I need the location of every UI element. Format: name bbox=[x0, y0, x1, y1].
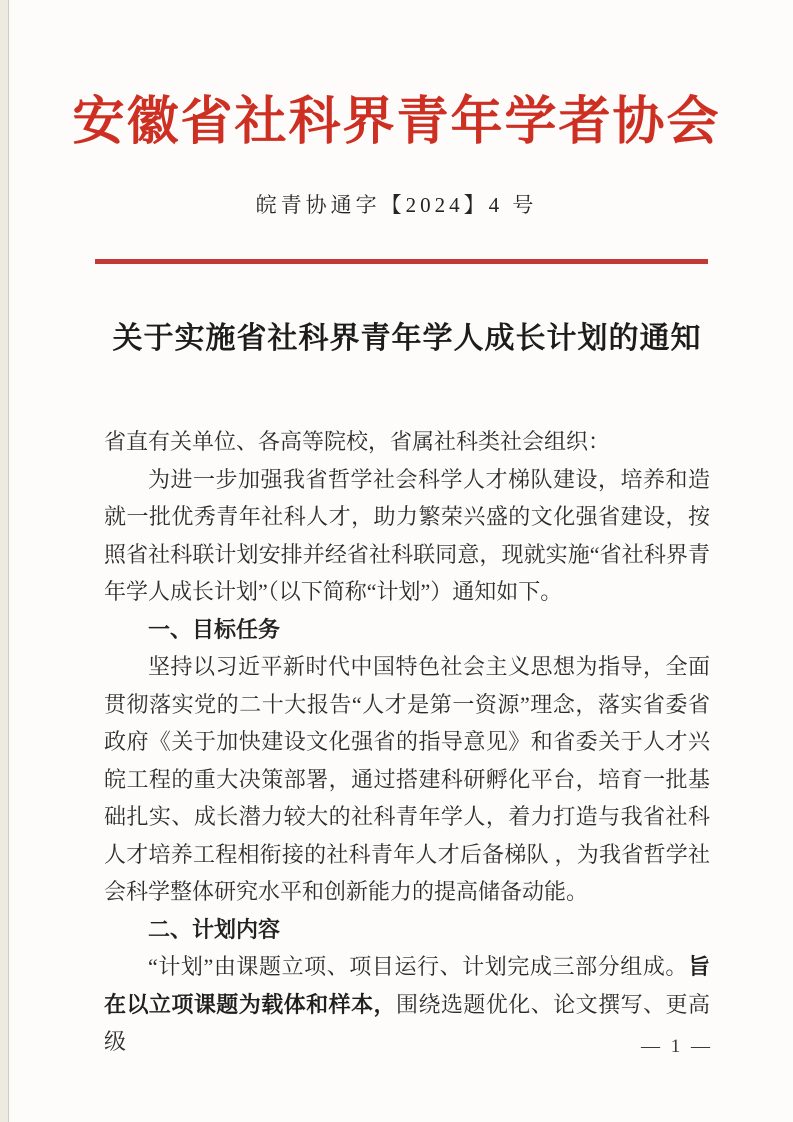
document-body: 关于实施省社科界青年学人成长计划的通知 省直有关单位、各高等院校，省属社科类社会… bbox=[104, 313, 710, 1061]
section-1-heading: 一、目标任务 bbox=[104, 611, 710, 649]
document-page: 安徽省社科界青年学者协会 皖青协通字【2024】4 号 关于实施省社科界青年学人… bbox=[0, 0, 793, 1122]
document-number: 皖青协通字【2024】4 号 bbox=[0, 189, 793, 219]
intro-paragraph: 为进一步加强我省哲学社会科学人才梯队建设，培养和造就一批优秀青年社科人才，助力繁… bbox=[104, 461, 710, 611]
page-number: — 1 — bbox=[641, 1036, 713, 1058]
document-title: 关于实施省社科界青年学人成长计划的通知 bbox=[104, 313, 710, 357]
letterhead: 安徽省社科界青年学者协会 皖青协通字【2024】4 号 bbox=[0, 0, 793, 264]
red-divider-line bbox=[95, 259, 708, 264]
section-2-heading: 二、计划内容 bbox=[104, 911, 710, 949]
section-2-paragraph: “计划”由课题立项、项目运行、计划完成三部分组成。旨在以立项课题为载体和样本，围… bbox=[104, 948, 710, 1061]
organization-title: 安徽省社科界青年学者协会 bbox=[0, 94, 793, 152]
section-1-paragraph: 坚持以习近平新时代中国特色社会主义思想为指导，全面贯彻落实党的二十大报告“人才是… bbox=[104, 648, 710, 911]
scan-edge-artifact bbox=[0, 0, 9, 1122]
section-2-text-normal: “计划”由课题立项、项目运行、计划完成三部分组成。 bbox=[148, 954, 688, 979]
salutation-line: 省直有关单位、各高等院校，省属社科类社会组织： bbox=[104, 423, 710, 461]
